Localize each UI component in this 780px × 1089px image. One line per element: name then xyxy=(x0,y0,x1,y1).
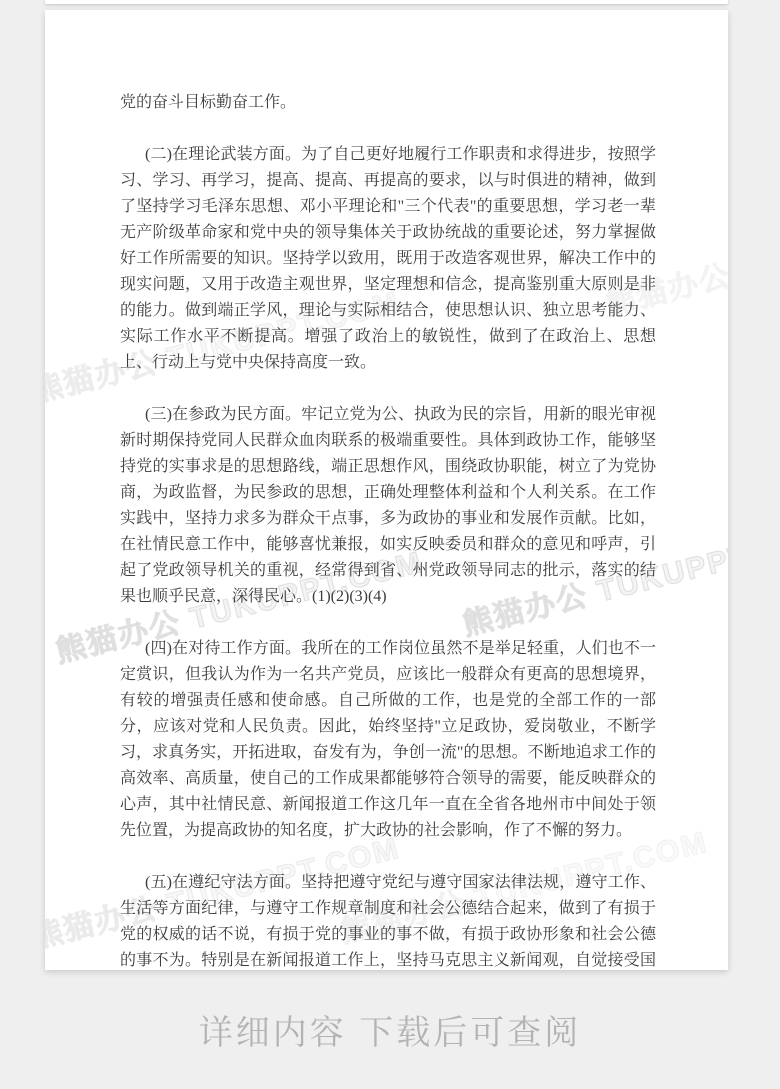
paragraph-theory-armament: (二)在理论武装方面。为了自己更好地履行工作职责和求得进步，按照学习、学习、再学… xyxy=(120,142,656,376)
paragraph-attitude-to-work: (四)在对待工作方面。我所在的工作岗位虽然不是举足轻重，人们也不一定赏识，但我认… xyxy=(120,636,656,844)
page-content: 党的奋斗目标勤奋工作。 (二)在理论武装方面。为了自己更好地履行工作职责和求得进… xyxy=(120,90,656,970)
paragraph-law-discipline: (五)在遵纪守法方面。坚持把遵守党纪与遵守国家法律法规，遵守工作、生活等方面纪律… xyxy=(120,870,656,970)
paragraph-continuation: 党的奋斗目标勤奋工作。 xyxy=(120,90,656,116)
previous-page-bottom-edge xyxy=(45,0,728,4)
paragraph-participation-for-people: (三)在参政为民方面。牢记立党为公、执政为民的宗旨，用新的眼光审视新时期保持党同… xyxy=(120,402,656,610)
footer-caption: 详细内容 下载后可查阅 xyxy=(0,970,780,1089)
document-page: 熊猫办公 TUKUPPT.COM 熊猫办公 TUKUPPT.COM 熊猫办公 T… xyxy=(45,10,728,970)
